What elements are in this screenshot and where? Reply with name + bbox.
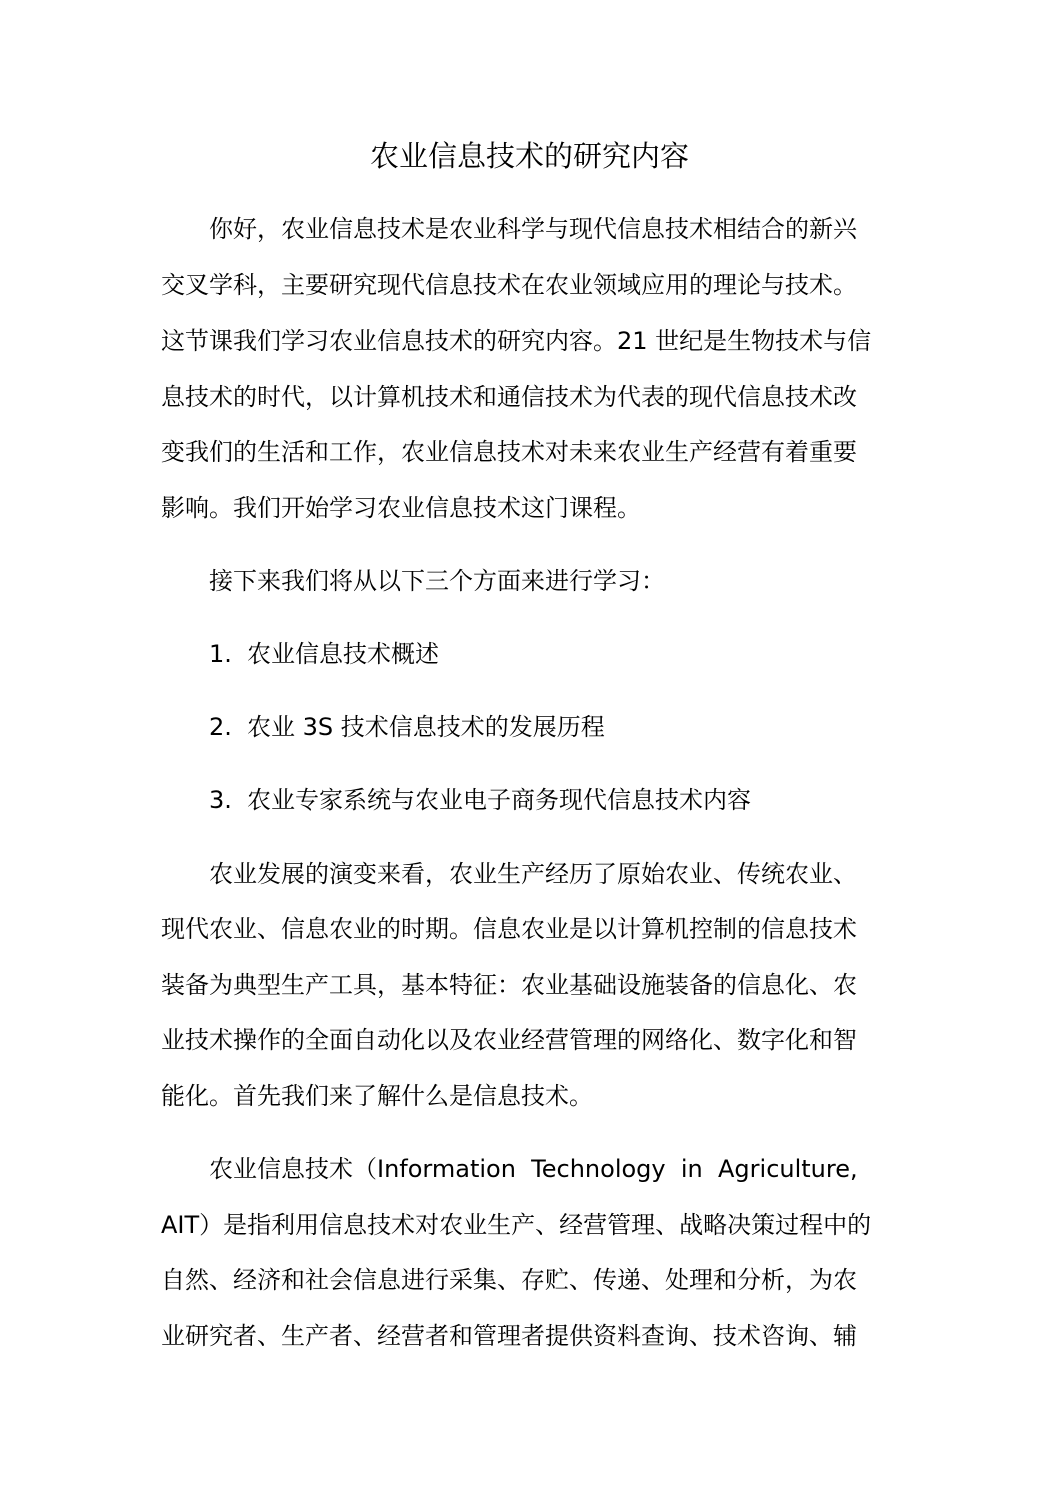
list-text: 农业专家系统与农业电子商务现代信息技术内容 — [247, 786, 751, 814]
paragraph-line: 业技术操作的全面自动化以及农业经营管理的网络化、数字化和智 — [161, 1022, 901, 1058]
paragraph-line: 自然、经济和社会信息进行采集、存贮、传递、处理和分析，为农 — [161, 1262, 901, 1298]
document-title: 农业信息技术的研究内容 — [0, 134, 1059, 178]
paragraph-line: 这节课我们学习农业信息技术的研究内容。21 世纪是生物技术与信 — [161, 323, 901, 359]
paragraph-line: AIT）是指利用信息技术对农业生产、经营管理、战略决策过程中的 — [161, 1207, 901, 1243]
paragraph-line: 息技术的时代，以计算机技术和通信技术为代表的现代信息技术改 — [161, 379, 901, 415]
list-item: 2.农业 3S 技术信息技术的发展历程 — [209, 709, 605, 745]
paragraph-line: 交叉学科，主要研究现代信息技术在农业领域应用的理论与技术。 — [161, 267, 901, 303]
paragraph-line: 农业信息技术（Information Technology in Agricul… — [209, 1151, 949, 1187]
list-number: 1. — [209, 636, 247, 672]
list-number: 2. — [209, 709, 247, 745]
list-text: 农业信息技术概述 — [247, 640, 439, 668]
paragraph-line: 现代农业、信息农业的时期。信息农业是以计算机控制的信息技术 — [161, 911, 901, 947]
paragraph-line: 影响。我们开始学习农业信息技术这门课程。 — [161, 490, 901, 526]
paragraph-outline-intro: 接下来我们将从以下三个方面来进行学习： — [209, 563, 949, 599]
paragraph-line: 变我们的生活和工作，农业信息技术对未来农业生产经营有着重要 — [161, 434, 901, 470]
paragraph-line: 装备为典型生产工具，基本特征：农业基础设施装备的信息化、农 — [161, 967, 901, 1003]
paragraph-line: 农业发展的演变来看，农业生产经历了原始农业、传统农业、 — [209, 856, 949, 892]
paragraph-line: 业研究者、生产者、经营者和管理者提供资料查询、技术咨询、辅 — [161, 1318, 901, 1354]
paragraph-line: 你好，农业信息技术是农业科学与现代信息技术相结合的新兴 — [209, 211, 949, 247]
list-item: 1.农业信息技术概述 — [209, 636, 439, 672]
document-page: 农业信息技术的研究内容 你好，农业信息技术是农业科学与现代信息技术相结合的新兴 … — [0, 0, 1059, 1497]
paragraph-line: 能化。首先我们来了解什么是信息技术。 — [161, 1078, 901, 1114]
list-text: 农业 3S 技术信息技术的发展历程 — [247, 713, 605, 741]
list-item: 3.农业专家系统与农业电子商务现代信息技术内容 — [209, 782, 751, 818]
list-number: 3. — [209, 782, 247, 818]
